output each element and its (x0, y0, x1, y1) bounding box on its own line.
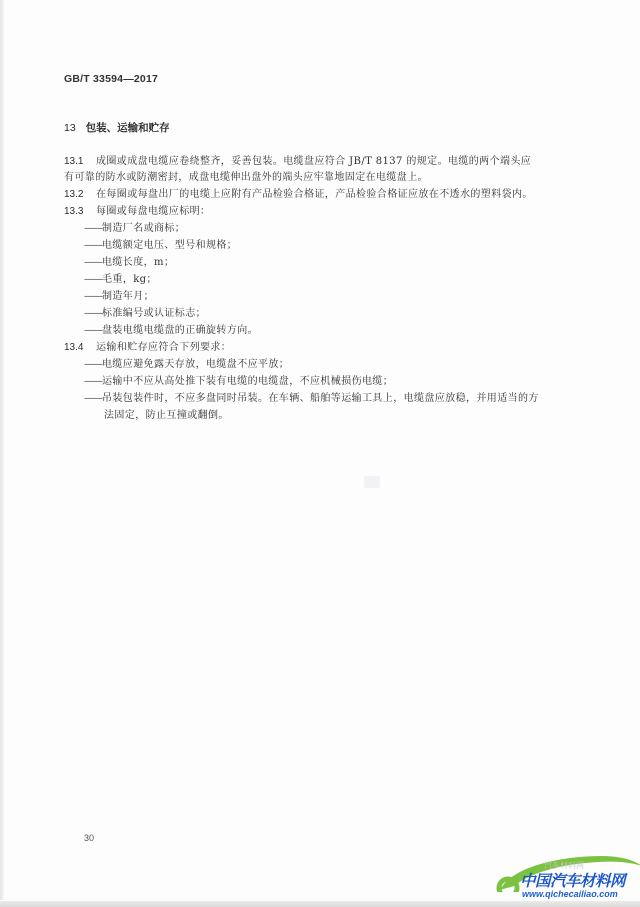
list-item-text: 运输中不应从高处推下装有电缆的电缆盘，不应机械损伤电缆； (102, 376, 393, 387)
dash-bullet: —— (84, 291, 102, 302)
clause-number: 13.4 (64, 341, 96, 355)
list-item-text: 毛重，kg； (102, 274, 157, 285)
section-title: 包装、运输和贮存 (86, 122, 170, 134)
site-watermark-logo: 汽车材料网 中国汽车材料网 www.qichecailiao.com (486, 852, 640, 902)
dash-bullet: —— (84, 376, 102, 387)
faint-watermark-mark (364, 476, 380, 488)
list-item: ——制造厂名或商标； (84, 222, 185, 236)
list-item-text: 吊装包装件时，不应多盘同时吊装。在车辆、船舶等运输工具上，电缆盘应放稳，并用适当… (102, 393, 539, 404)
dash-bullet: —— (84, 308, 102, 319)
list-item: ——制造年月； (84, 290, 154, 304)
dash-bullet: —— (84, 393, 102, 404)
section-heading: 13包装、运输和贮存 (64, 120, 170, 135)
dash-bullet: —— (84, 240, 102, 251)
list-item-text: 制造厂名或商标； (102, 223, 185, 234)
dash-bullet: —— (84, 325, 102, 336)
standard-number-header: GB/T 33594—2017 (64, 73, 158, 85)
clause-13-2: 13.2在每圈或每盘出厂的电缆上应附有产品检验合格证，产品检验合格证应放在不透水… (64, 188, 533, 202)
clause-text: 每圈或每盘电缆应标明： (96, 206, 210, 217)
clause-text: 有可靠的防水或防潮密封，成盘电缆伸出盘外的端头应牢靠地固定在电缆盘上。 (64, 172, 428, 183)
list-item-text: 标准编号或认证标志； (102, 308, 206, 319)
dash-bullet: —— (84, 359, 102, 370)
clause-text: 运输和贮存应符合下列要求： (96, 342, 231, 353)
dash-bullet: —— (84, 274, 102, 285)
list-item: ——电缆额定电压、型号和规格； (84, 239, 237, 253)
clause-13-1-line-1: 13.1成圈或成盘电缆应卷绕整齐，妥善包装。电缆盘应符合 JB/T 8137 的… (64, 155, 531, 169)
page-bottom-edge (0, 901, 640, 907)
list-item: ——吊装包装件时，不应多盘同时吊装。在车辆、船舶等运输工具上，电缆盘应放稳，并用… (84, 392, 539, 406)
list-item-text: 电缆应避免露天存放，电缆盘不应平放； (102, 359, 289, 370)
watermark-url: www.qichecailiao.com (522, 889, 618, 899)
list-item: ——运输中不应从高处推下装有电缆的电缆盘，不应机械损伤电缆； (84, 375, 393, 389)
clause-number: 13.1 (64, 155, 96, 169)
document-page: GB/T 33594—2017 13包装、运输和贮存 13.1成圈或成盘电缆应卷… (0, 0, 640, 900)
clause-13-4: 13.4运输和贮存应符合下列要求： (64, 341, 231, 355)
clause-number: 13.2 (64, 188, 96, 202)
list-item-text: 电缆长度，m； (102, 257, 174, 268)
clause-text: 在每圈或每盘出厂的电缆上应附有产品检验合格证，产品检验合格证应放在不透水的塑料袋… (96, 189, 533, 200)
section-number: 13 (64, 122, 76, 134)
list-item: ——电缆长度，m； (84, 256, 174, 270)
list-item-text: 电缆额定电压、型号和规格； (102, 240, 237, 251)
list-item: ——电缆应避免露天存放，电缆盘不应平放； (84, 358, 289, 372)
list-item-text: 制造年月； (102, 291, 154, 302)
list-item-text: 法固定，防止互撞或翻倒。 (104, 410, 229, 421)
list-item: ——毛重，kg； (84, 273, 157, 287)
dash-bullet: —— (84, 257, 102, 268)
clause-13-1-line-2: 有可靠的防水或防潮密封，成盘电缆伸出盘外的端头应牢靠地固定在电缆盘上。 (64, 171, 428, 185)
dash-bullet: —— (84, 223, 102, 234)
page-number: 30 (84, 833, 94, 843)
list-item: ——盘装电缆电缆盘的正确旋转方向。 (84, 324, 258, 338)
clause-text: 成圈或成盘电缆应卷绕整齐，妥善包装。电缆盘应符合 JB/T 8137 的规定。电… (96, 156, 531, 167)
list-item: ——标准编号或认证标志； (84, 307, 206, 321)
list-item-text: 盘装电缆电缆盘的正确旋转方向。 (102, 325, 258, 336)
list-item-continuation: 法固定，防止互撞或翻倒。 (104, 409, 229, 423)
clause-number: 13.3 (64, 205, 96, 219)
clause-13-3: 13.3每圈或每盘电缆应标明： (64, 205, 210, 219)
watermark-brand-name: 中国汽车材料网 (520, 869, 625, 891)
